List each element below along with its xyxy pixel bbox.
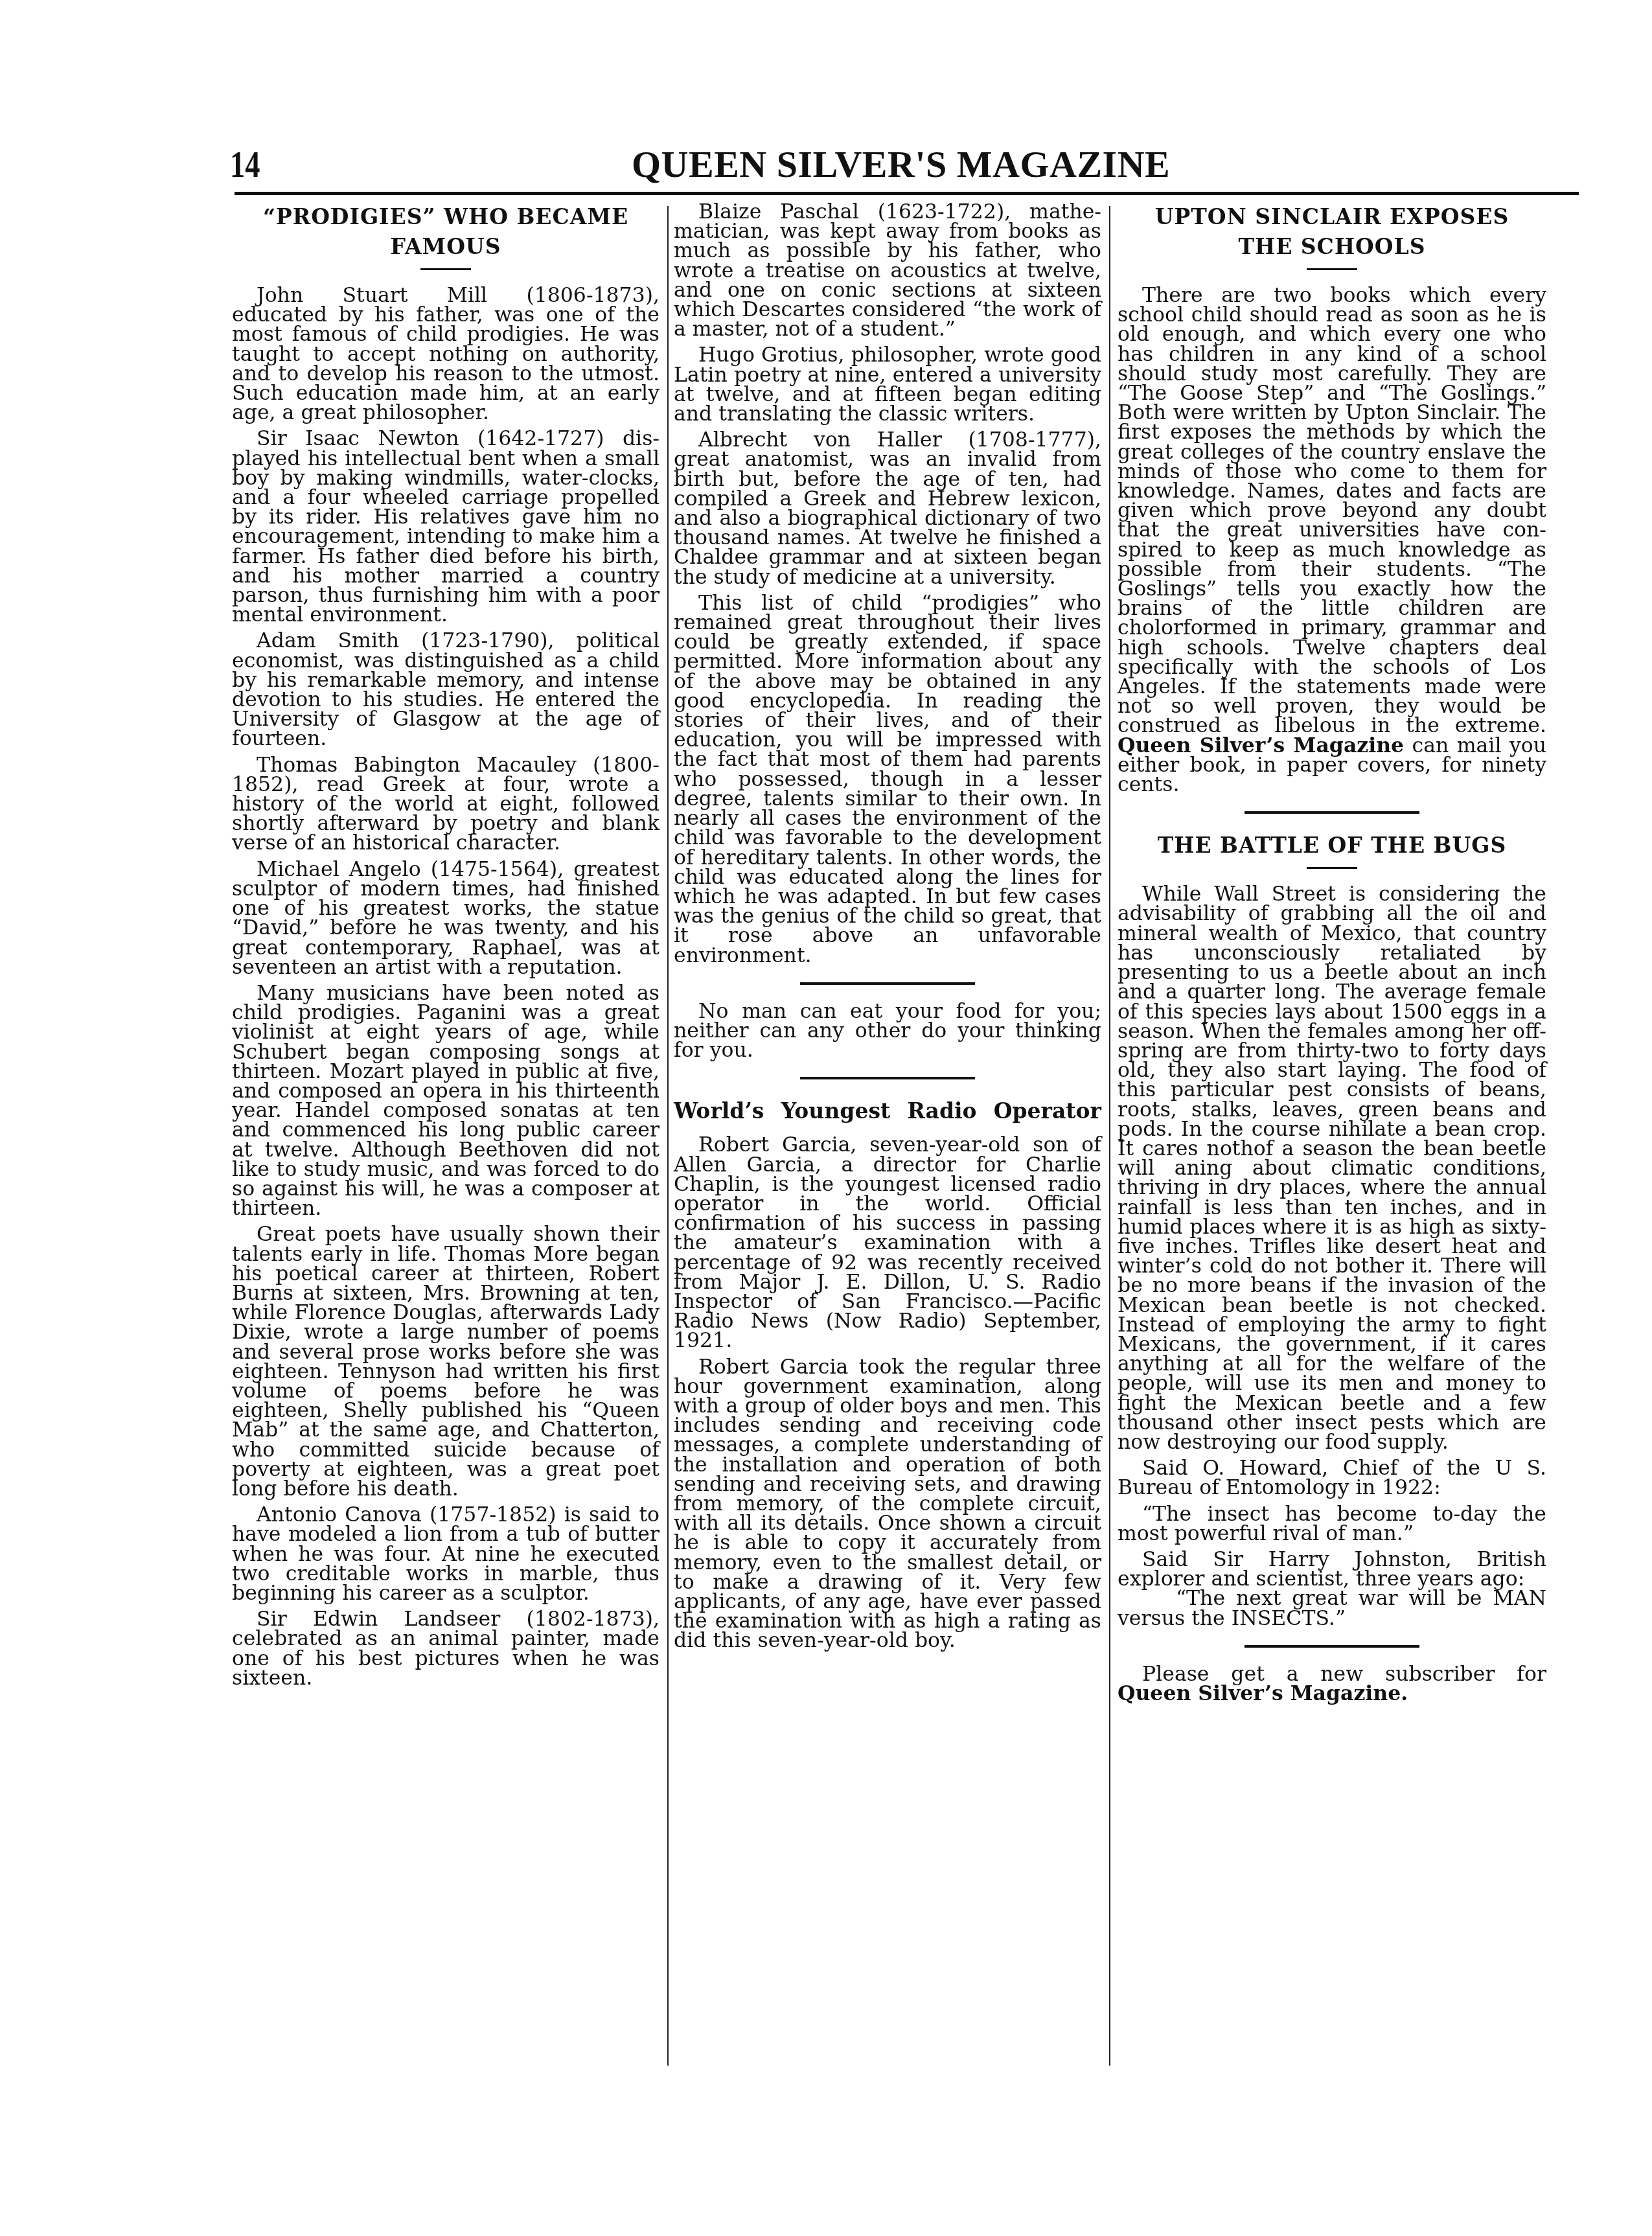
- subscriber-note: Please get a new subscriber for Queen Si…: [1118, 1665, 1546, 1703]
- header-rule: [235, 192, 1579, 195]
- text: There are two books which every school c…: [1118, 284, 1546, 737]
- title-rule: [420, 268, 471, 270]
- paragraph: Thomas Babington Macauley (1800-1852), r…: [232, 755, 660, 853]
- paragraph: Many musicians have been noted as child …: [232, 984, 660, 1218]
- paragraph: John Stuart Mill (1806-1873), educated b…: [232, 286, 660, 422]
- magazine-title: QUEEN SILVER'S MAGAZINE: [632, 143, 1170, 186]
- column-1: “PRODIGIES” WHO BECAME FAMOUS John Stuar…: [232, 202, 660, 1694]
- paragraph: Blaize Paschal (1623-1722), mathe­matici…: [674, 202, 1101, 339]
- magazine-name: Queen Silver’s Magazine.: [1118, 1681, 1408, 1705]
- paragraph: Sir Edwin Landseer (1802-1873), celebrat…: [232, 1609, 660, 1688]
- article-title-upton-sinclair: UPTON SINCLAIR EXPOSES THE SCHOOLS: [1118, 202, 1546, 262]
- article-title-battle-of-bugs: THE BATTLE OF THE BUGS: [1118, 831, 1546, 860]
- paragraph: Albrecht von Haller (1708-1777), great a…: [674, 430, 1101, 587]
- paragraph: Adam Smith (1723-1790), political econom…: [232, 631, 660, 748]
- column-3: UPTON SINCLAIR EXPOSES THE SCHOOLS There…: [1118, 202, 1546, 1710]
- paragraph: Hugo Grotius, philosopher, wrote good La…: [674, 345, 1101, 424]
- section-rule: [800, 982, 975, 985]
- section-rule: [1245, 1645, 1419, 1648]
- paragraph: Great poets have usually shown their tal…: [232, 1225, 660, 1499]
- filler-quote: No man can eat your food for you; neithe…: [674, 1002, 1101, 1061]
- section-rule: [1245, 811, 1419, 814]
- title-rule: [1307, 268, 1357, 270]
- paragraph: Antonio Canova (1757-1852) is said to ha…: [232, 1505, 660, 1603]
- paragraph: Said O. Howard, Chief of the U S. Bureau…: [1118, 1458, 1546, 1497]
- column-2: Blaize Paschal (1623-1722), mathe­matici…: [674, 202, 1101, 1657]
- section-rule: [800, 1077, 975, 1079]
- title-line: UPTON SINCLAIR EXPOSES: [1155, 204, 1509, 229]
- page-header: 14 QUEEN SILVER'S MAGAZINE: [230, 143, 1577, 188]
- page-number: 14: [230, 143, 260, 186]
- paragraph: This list of child “prodigies” who remai…: [674, 594, 1101, 965]
- column-divider: [667, 206, 669, 2066]
- article-title-radio-operator: World’s Youngest Radio Operator: [674, 1096, 1101, 1126]
- paragraph: Said Sir Harry Johnston, British explore…: [1118, 1550, 1546, 1589]
- paragraph: Michael Angelo (1475-1564), greatest scu…: [232, 860, 660, 977]
- paragraph: Robert Garcia took the regular three hou…: [674, 1357, 1101, 1651]
- title-line: THE SCHOOLS: [1238, 234, 1425, 259]
- paragraph: Sir Isaac Newton (1642-1727) dis­played …: [232, 429, 660, 625]
- paragraph: There are two books which every school c…: [1118, 286, 1546, 794]
- paragraph: Robert Garcia, seven-year-old son of All…: [674, 1135, 1101, 1350]
- article-title-prodigies: “PRODIGIES” WHO BECAME FAMOUS: [232, 202, 660, 262]
- column-divider: [1109, 206, 1110, 2066]
- paragraph: “The insect has become to-day the most p…: [1118, 1504, 1546, 1543]
- title-rule: [1307, 867, 1357, 869]
- paragraph: While Wall Street is considering the adv…: [1118, 884, 1546, 1452]
- final-quote: “The next great war will be MAN versus t…: [1118, 1589, 1546, 1628]
